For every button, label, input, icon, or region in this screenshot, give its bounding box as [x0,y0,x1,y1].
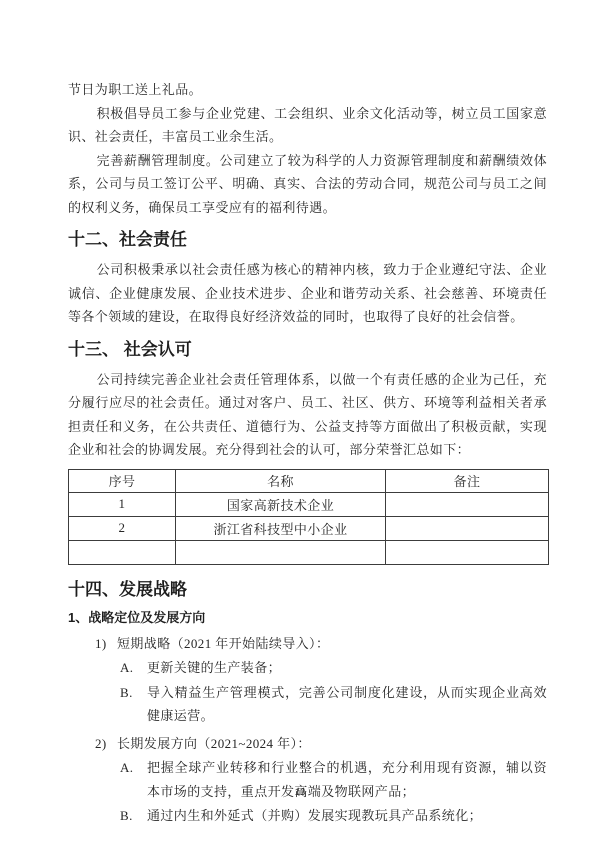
cell-name: 浙江省科技型中小企业 [176,516,386,540]
table-row-empty [69,540,549,564]
honors-table: 序号 名称 备注 1 国家高新技术企业 2 浙江省科技型中小企业 [68,469,549,565]
list-item-short-term: 1)短期战略（2021 年开始陆续导入）： [68,632,547,656]
document-page: 节日为职工送上礼品。 积极倡导员工参与企业党建、工会组织、业余文化活动等，树立员… [0,0,600,848]
section-heading-12-social-responsibility: 十二、社会责任 [68,229,547,251]
cell-remark [386,492,549,516]
section-heading-14-development-strategy: 十四、发展战略 [68,579,547,601]
cell-index: 1 [69,492,176,516]
honors-table-header-row: 序号 名称 备注 [69,469,549,492]
list-item-short-term-b: B.导入精益生产管理模式，完善公司制度化建设，从而实现企业高效健康运营。 [68,681,547,728]
section-heading-13-social-recognition: 十三、 社会认可 [68,339,547,361]
list-item-text: 通过内生和外延式（并购）发展实现教玩具产品系统化； [147,808,482,823]
paragraph-section13-body: 公司持续完善企业社会责任管理体系，以做一个有责任感的企业为己任，充分履行应尽的社… [68,368,547,462]
list-marker: 1) [95,632,107,656]
strategy-list: 1)短期战略（2021 年开始陆续导入）： A.更新关键的生产装备； B.导入精… [68,632,547,828]
list-item-text: 导入精益生产管理模式，完善公司制度化建设，从而实现企业高效健康运营。 [147,685,547,724]
column-header-remark: 备注 [386,469,549,492]
list-item-text: 短期战略（2021 年开始陆续导入）： [117,636,329,651]
subheading-strategy-positioning: 1、战略定位及发展方向 [68,609,547,627]
page-number: 13 [0,787,600,798]
cell-index [69,540,176,564]
paragraph-section12-body: 公司积极秉承以社会责任感为核心的精神内核，致力于企业遵纪守法、企业诚信、企业健康… [68,258,547,329]
list-marker: A. [120,656,133,680]
list-marker: 2) [95,732,107,756]
list-marker: B. [120,804,133,828]
cell-name [176,540,386,564]
list-marker: A. [120,756,133,780]
table-row: 2 浙江省科技型中小企业 [69,516,549,540]
cell-remark [386,516,549,540]
list-item-text: 更新关键的生产装备； [147,660,281,675]
paragraph-salary-system: 完善薪酬管理制度。公司建立了较为科学的人力资源管理制度和薪酬绩效体系，公司与员工… [68,149,547,220]
table-row: 1 国家高新技术企业 [69,492,549,516]
cell-index: 2 [69,516,176,540]
list-marker: B. [120,681,133,705]
paragraph-party-activities: 积极倡导员工参与企业党建、工会组织、业余文化活动等，树立员工国家意识、社会责任，… [68,102,547,149]
list-item-long-term-b: B.通过内生和外延式（并购）发展实现教玩具产品系统化； [68,804,547,828]
list-item-text: 长期发展方向（2021~2024 年）： [117,736,311,751]
list-item-short-term-a: A.更新关键的生产装备； [68,656,547,680]
column-header-index: 序号 [69,469,176,492]
column-header-name: 名称 [176,469,386,492]
list-item-long-term: 2)长期发展方向（2021~2024 年）： [68,732,547,756]
cell-remark [386,540,549,564]
paragraph-gifts-continuation: 节日为职工送上礼品。 [68,78,547,102]
cell-name: 国家高新技术企业 [176,492,386,516]
